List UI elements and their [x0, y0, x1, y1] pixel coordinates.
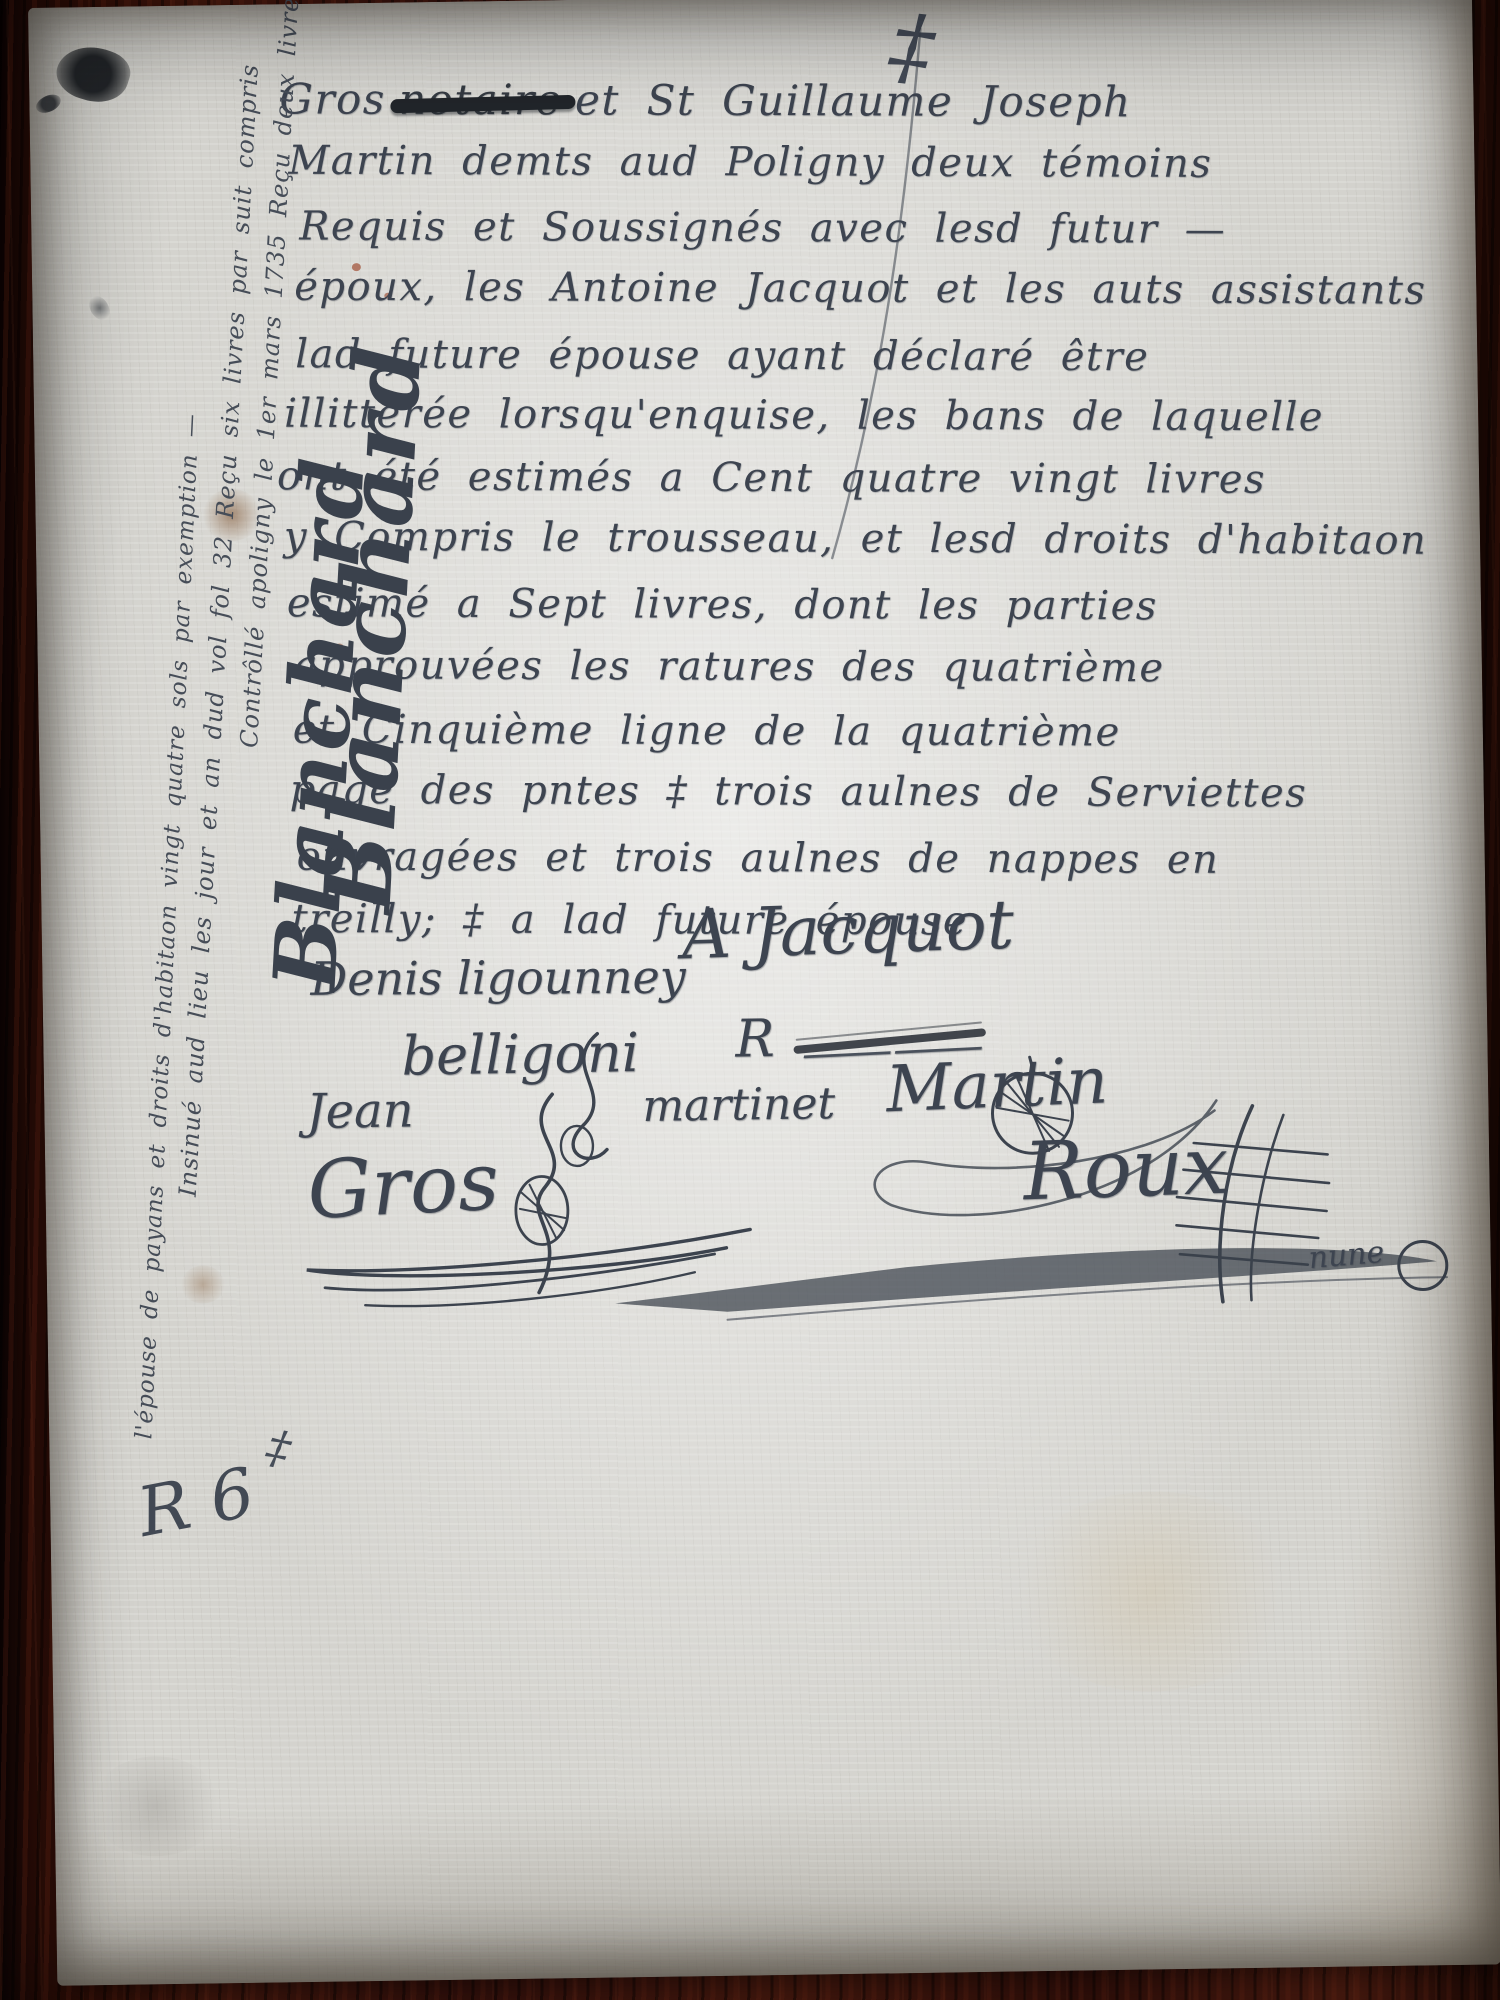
renvoi-mark-bottom: ‡ [262, 1419, 295, 1476]
reference-mark-r6: R 6 [132, 1453, 261, 1552]
ink-smudge [85, 292, 114, 324]
text-line-12: page des pntes ‡ trois aulnes de Serviet… [290, 767, 1308, 817]
struck-out-word: notaire [399, 75, 562, 125]
signature-gros: Gros [305, 1135, 501, 1237]
signature-martinet: martinet [642, 1078, 836, 1132]
text-line-1: Grosnotaireet St Guillaume Joseph [279, 74, 1144, 126]
grey-smudge [90, 1755, 221, 1857]
roux-paraph-note: nune [1307, 1235, 1385, 1276]
line1-rest: et St Guillaume Joseph [575, 75, 1132, 126]
text-line-3: Requis et Soussignés avec lesd futur — [299, 204, 1226, 253]
brown-stain-lower [181, 1265, 226, 1304]
text-line-6: illittérée lorsqu'enquise, les bans de l… [284, 391, 1324, 441]
manuscript-page: ‡ Grosnotaireet St Guillaume Joseph Mart… [28, 0, 1500, 1986]
signature-belligoni-initial: R [735, 1009, 775, 1070]
text-line-4: époux, les Antoine Jacquot et les auts a… [294, 264, 1426, 314]
signature-jean: Jean [306, 1082, 414, 1140]
ink-blot-small [33, 91, 63, 116]
signature-a-jacquot: A Jacquot [681, 886, 1016, 976]
yellow-stain [1010, 1489, 1293, 1693]
photograph: ‡ Grosnotaireet St Guillaume Joseph Mart… [0, 0, 1500, 2000]
text-line-13: ouvragées et trois aulnes de nappes en [297, 834, 1220, 883]
ink-blot [51, 38, 136, 111]
text-line-8: y Compris le trousseau, et lesd droits d… [284, 514, 1427, 564]
signature-denis-ligounney: Denis ligounney [310, 950, 686, 1006]
text-line-2: Martin demts aud Poligny deux témoins [288, 138, 1212, 187]
